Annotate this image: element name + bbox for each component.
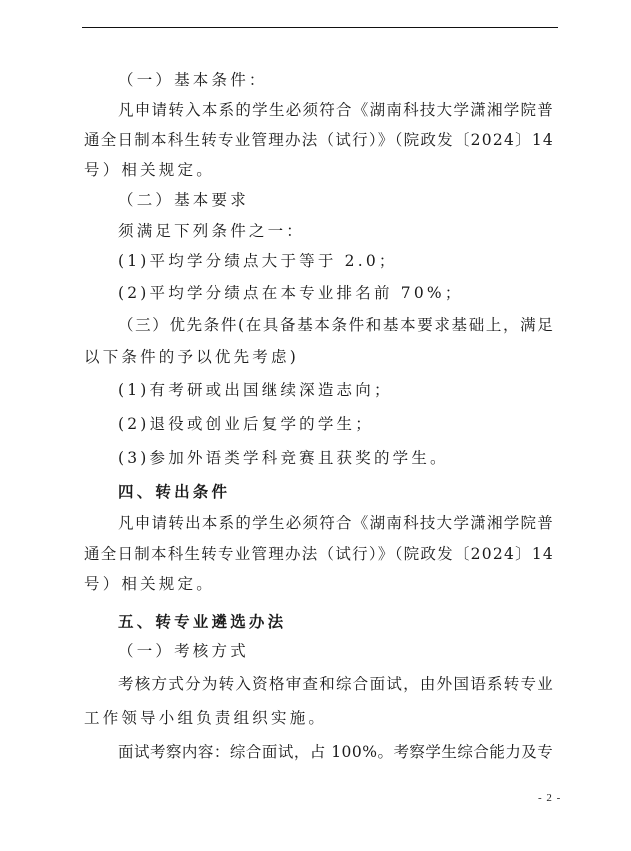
- text-line: （二）基本要求: [118, 190, 249, 210]
- text-line: 须满足下列条件之一：: [118, 221, 305, 241]
- section-heading: 五、转专业遴选办法: [118, 612, 286, 632]
- text-line: (3)参加外语类学科竞赛且获奖的学生。: [118, 448, 449, 468]
- text-line: （一）基本条件：: [118, 70, 268, 90]
- text-line: (1)有考研或出国继续深造志向；: [118, 380, 393, 400]
- text-line: 号）相关规定。: [84, 160, 215, 180]
- section-heading: 四、转出条件: [118, 482, 230, 502]
- text-line: 通全日制本科生转专业管理办法（试行）》（院政发〔2024〕14: [84, 130, 554, 150]
- page-number: - 2 -: [538, 792, 561, 804]
- text-line: 工作领导小组负责组织实施。: [84, 708, 327, 728]
- header-rule: [82, 27, 558, 28]
- text-line: (2)退役或创业后复学的学生；: [118, 414, 374, 434]
- text-line: 凡申请转出本系的学生必须符合《湖南科技大学潇湘学院普: [118, 513, 554, 533]
- text-line: 号）相关规定。: [84, 574, 215, 594]
- text-line: 考核方式分为转入资格审查和综合面试，由外国语系转专业: [118, 674, 554, 694]
- text-line: 以下条件的予以优先考虑): [84, 347, 299, 367]
- text-line: 通全日制本科生转专业管理办法（试行）》（院政发〔2024〕14: [84, 544, 554, 564]
- text-line: 凡申请转入本系的学生必须符合《湖南科技大学潇湘学院普: [118, 100, 554, 120]
- text-line: 面试考察内容：综合面试，占 100%。考察学生综合能力及专: [118, 742, 553, 762]
- text-line: (2)平均学分绩点在本专业排名前 70%；: [118, 283, 464, 303]
- text-line: (1)平均学分绩点大于等于 2.0；: [118, 251, 398, 271]
- text-line: （一）考核方式: [118, 641, 249, 661]
- text-line: （三）优先条件(在具备基本条件和基本要求基础上，满足: [118, 315, 554, 335]
